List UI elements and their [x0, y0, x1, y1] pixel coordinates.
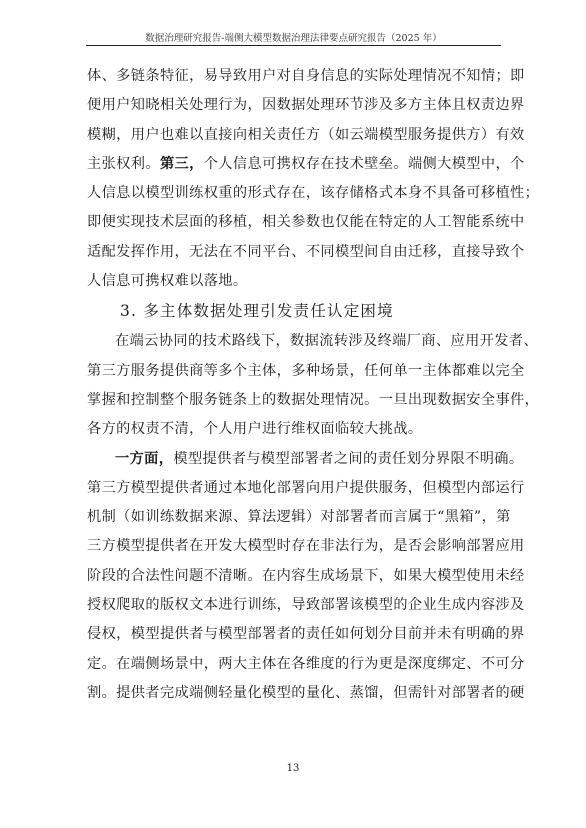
text-line: 一方面，模型提供者与模型部署者之间的责任划分界限不明确。 — [87, 445, 499, 474]
document-body: 体、多链条特征，易导致用户对自身信息的实际处理情况不知情；即 便用户知晓相关处理… — [87, 62, 499, 708]
text-line: 第三方模型提供者通过本地化部署向用户提供服务，但模型内部运行 — [87, 474, 499, 503]
paragraph-2: 在端云协同的技术路线下，数据流转涉及终端厂商、应用开发者、 第三方服务提供商等多… — [87, 327, 499, 444]
text-line: 人信息以模型训练权重的形式存在，该存储格式本身不具备可移植性； — [87, 179, 499, 208]
text-span: 主张权利。 — [87, 156, 160, 172]
text-line: 掌握和控制整个服务链条上的数据处理情况。一旦出现数据安全事件， — [87, 386, 499, 415]
text-span: 个人信息可携权存在技术壁垒。端侧大模型中，个 — [204, 156, 525, 172]
text-line: 主张权利。第三，个人信息可携权存在技术壁垒。端侧大模型中，个 — [87, 150, 499, 179]
section-heading: 3. 多主体数据处理引发责任认定困境 — [87, 296, 499, 327]
bold-lead-third: 第三， — [160, 156, 204, 172]
text-line: 即便实现技术层面的移植，相关参数也仅能在特定的人工智能系统中 — [87, 208, 499, 237]
text-line: 授权爬取的版权文本进行训练，导致部署该模型的企业生成内容涉及 — [87, 591, 499, 620]
text-line: 定。在端侧场景中，两大主体在各维度的行为更是深度绑定、不可分 — [87, 650, 499, 679]
paragraph-3: 一方面，模型提供者与模型部署者之间的责任划分界限不明确。 第三方模型提供者通过本… — [87, 445, 499, 709]
text-line: 人信息可携权难以落地。 — [87, 267, 499, 296]
text-line: 体、多链条特征，易导致用户对自身信息的实际处理情况不知情；即 — [87, 62, 499, 91]
text-line: 割。提供者完成端侧轻量化模型的量化、蒸馏，但需针对部署者的硬 — [87, 679, 499, 708]
text-line: 在端云协同的技术路线下，数据流转涉及终端厂商、应用开发者、 — [87, 327, 499, 356]
text-line: 便用户知晓相关处理行为，因数据处理环节涉及多方主体且权责边界 — [87, 91, 499, 120]
page-header: 数据治理研究报告-端侧大模型数据治理法律要点研究报告（2025 年） — [86, 33, 501, 46]
text-line: 各方的权责不清，个人用户进行维权面临较大挑战。 — [87, 415, 499, 444]
text-line: 三方模型提供者在开发大模型时存在非法行为，是否会影响部署应用 — [87, 532, 499, 561]
text-line: 机制（如训练数据来源、算法逻辑）对部署者而言属于“黑箱”，第 — [87, 503, 499, 532]
text-span: 模型提供者与模型部署者之间的责任划分界限不明确。 — [173, 451, 523, 467]
text-line: 侵权，模型提供者与模型部署者的责任如何划分目前并未有明确的界 — [87, 620, 499, 649]
text-line: 第三方服务提供商等多个主体，多种场景，任何单一主体都难以完全 — [87, 357, 499, 386]
text-line: 模糊，用户也难以直接向相关责任方（如云端模型服务提供方）有效 — [87, 121, 499, 150]
page-number: 13 — [0, 763, 586, 774]
bold-lead-one-side: 一方面， — [115, 451, 173, 467]
text-line: 阶段的合法性问题不清晰。在内容生成场景下，如果大模型使用未经 — [87, 562, 499, 591]
text-line: 适配发挥作用，无法在不同平台、不同模型间自由迁移，直接导致个 — [87, 238, 499, 267]
paragraph-1: 体、多链条特征，易导致用户对自身信息的实际处理情况不知情；即 便用户知晓相关处理… — [87, 62, 499, 296]
header-title: 数据治理研究报告-端侧大模型数据治理法律要点研究报告（2025 年） — [145, 33, 441, 44]
